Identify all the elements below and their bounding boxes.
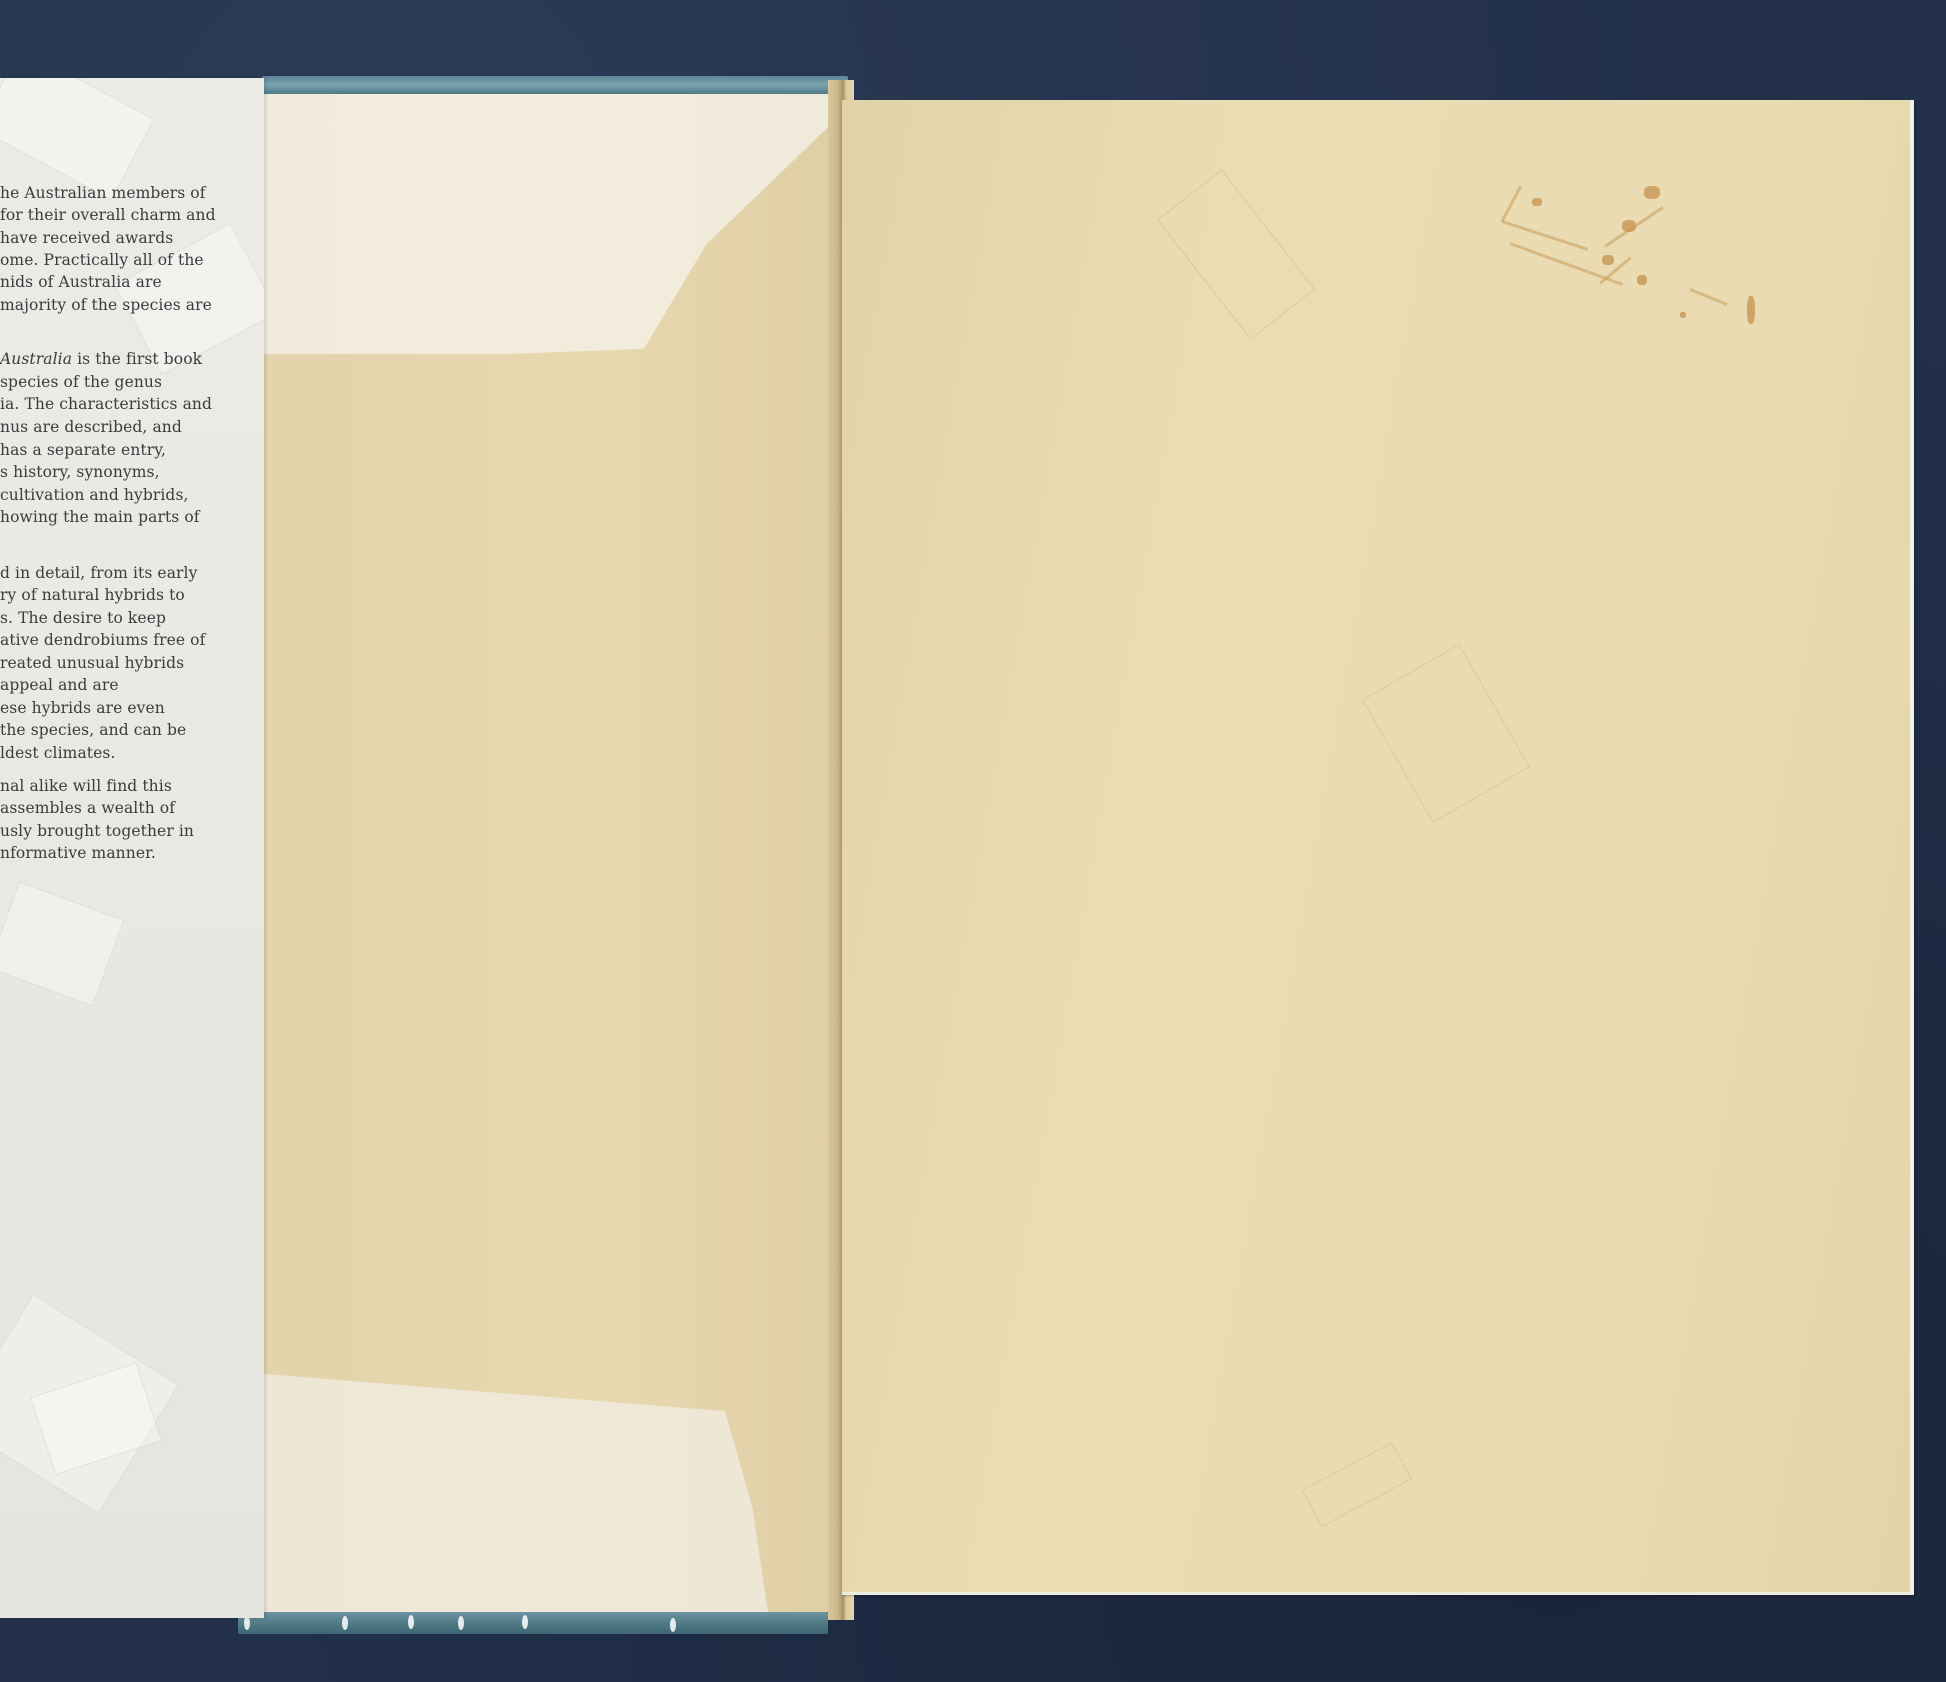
blurb-line: ldest climates. — [0, 742, 115, 764]
dust-jacket-flap: he Australian members of for their overa… — [0, 78, 264, 1618]
tape-stain-icon — [1532, 198, 1542, 206]
mylar-glare-icon — [670, 1618, 676, 1632]
blurb-line: ry of natural hybrids to — [0, 584, 185, 606]
tape-stain-edge — [1604, 206, 1664, 248]
blurb-line: cultivation and hybrids, — [0, 484, 189, 506]
blurb-line: have received awards — [0, 227, 173, 249]
flap-tape-piece — [0, 882, 124, 1007]
blurb-line: he Australian members of — [0, 182, 206, 204]
blurb-line: appeal and are — [0, 674, 119, 696]
blurb-line: for their overall charm and — [0, 204, 216, 226]
blurb-line: Australia is the first book — [0, 348, 202, 370]
mylar-glare-icon — [408, 1615, 414, 1629]
tape-stain-icon — [1637, 275, 1647, 285]
blurb-line: has a separate entry, — [0, 439, 166, 461]
mylar-glare-icon — [244, 1616, 250, 1630]
blurb-line-rest: is the first book — [72, 350, 202, 368]
blurb-line: the species, and can be — [0, 719, 186, 741]
free-endpaper — [842, 100, 1914, 1595]
blurb-line: ese hybrids are even — [0, 697, 165, 719]
blurb-line: ome. Practically all of the — [0, 249, 204, 271]
blurb-line: d in detail, from its early — [0, 562, 197, 584]
blurb-line: ative dendrobiums free of — [0, 629, 205, 651]
mylar-glare-icon — [342, 1616, 348, 1630]
tape-ghost-mark — [1157, 170, 1315, 340]
blurb-line: usly brought together in — [0, 820, 194, 842]
blurb-line: howing the main parts of — [0, 506, 200, 528]
book-title-italic: Australia — [0, 350, 72, 368]
blurb-line: nal alike will find this — [0, 775, 172, 797]
blurb-line: majority of the species are — [0, 294, 212, 316]
tape-stain-edge — [1501, 185, 1522, 222]
tape-stain-icon — [1747, 296, 1755, 324]
tape-stain-icon — [1602, 255, 1614, 265]
mylar-cover-bottom-edge — [238, 1612, 828, 1634]
blurb-line: s. The desire to keep — [0, 607, 166, 629]
mylar-glare-icon — [458, 1616, 464, 1630]
tape-stain-icon — [1644, 186, 1660, 199]
tape-ghost-mark — [1362, 644, 1530, 823]
blurb-line: nids of Australia are — [0, 271, 162, 293]
blurb-line: reated unusual hybrids — [0, 652, 184, 674]
mylar-glare-icon — [522, 1615, 528, 1629]
tape-ghost-mark — [1302, 1442, 1412, 1527]
blurb-line: assembles a wealth of — [0, 797, 175, 819]
blurb-line: ia. The characteristics and — [0, 393, 212, 415]
blurb-line: s history, synonyms, — [0, 461, 160, 483]
blurb-line: species of the genus — [0, 371, 162, 393]
tape-stain-icon — [1680, 312, 1686, 318]
blurb-line: nus are described, and — [0, 416, 182, 438]
tape-stain-edge — [1689, 288, 1727, 306]
blurb-line: nformative manner. — [0, 842, 156, 864]
mylar-cover-top-edge — [262, 76, 848, 94]
